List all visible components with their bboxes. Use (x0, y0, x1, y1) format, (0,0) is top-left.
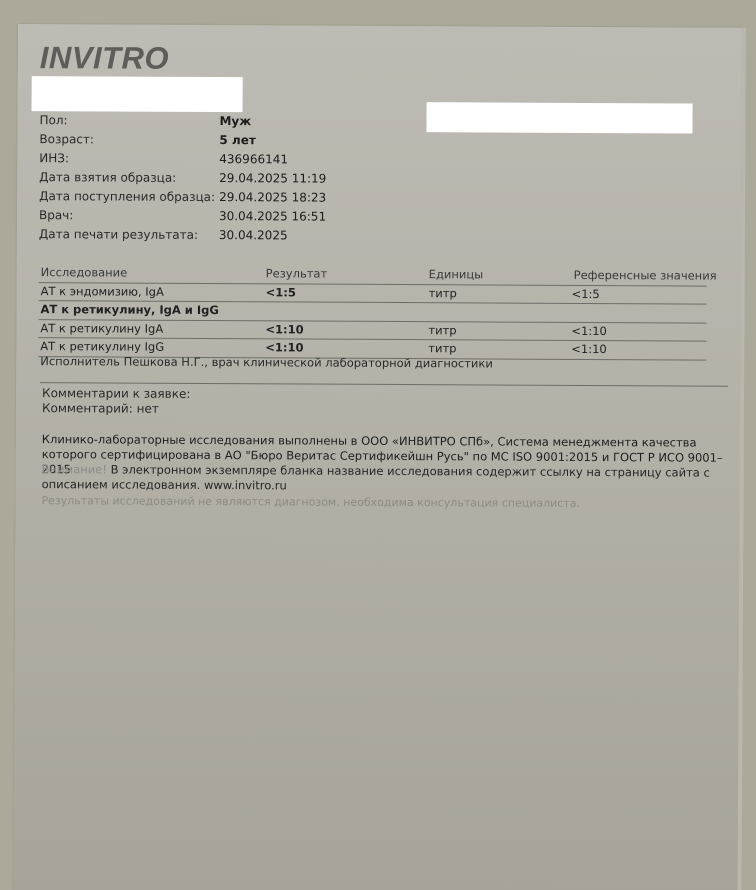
column-header-units: Единицы (429, 267, 484, 281)
info-value: Муж (219, 114, 251, 128)
info-label: Пол: (39, 113, 67, 127)
info-value: 5 лет (219, 133, 255, 147)
comments-block: Комментарии к заявке: Комментарий: нет (42, 386, 190, 417)
info-value: 436966141 (219, 152, 288, 166)
results-table: Исследование Результат Единицы Референсн… (38, 264, 706, 360)
units: титр (429, 286, 457, 300)
note-text: В электронном экземпляре бланка название… (42, 462, 710, 492)
test-name: АТ к ретикулину IgG (40, 339, 164, 354)
info-label: Дата поступления образца: (39, 189, 215, 204)
redacted-patient-name (32, 76, 243, 112)
info-value: 30.04.2025 (219, 228, 288, 242)
info-label: Дата взятия образца: (39, 170, 176, 185)
executor-line: Исполнитель Пешкова Н.Г., врач клиническ… (40, 354, 493, 370)
patient-info: Пол:МужВозраст:5 летИНЗ:436966141Дата вз… (39, 113, 40, 246)
info-label: Возраст: (39, 132, 94, 146)
test-name: АТ к эндомизию, IgA (41, 284, 164, 299)
result-value: <1:10 (265, 340, 303, 354)
column-header-reference: Референсные значения (574, 268, 717, 283)
comments-text: Комментарий: нет (42, 401, 190, 417)
result-value: <1:10 (265, 322, 303, 336)
units: титр (428, 341, 456, 355)
info-label: ИНЗ: (39, 151, 69, 165)
disclaimer: Результаты исследований не являются диаг… (41, 494, 580, 510)
reference-value: <1:10 (571, 323, 607, 337)
column-header-test: Исследование (41, 265, 128, 279)
note-warning: Внимание! (42, 462, 107, 476)
test-name: АТ к ретикулину IgA (40, 321, 163, 336)
info-label: Дата печати результата: (39, 227, 198, 242)
info-label: Врач: (39, 208, 73, 222)
invitro-logo: INVITRO (40, 40, 169, 77)
test-name: АТ к ретикулину, IgA и IgG (40, 302, 218, 317)
reference-value: <1:10 (571, 342, 607, 356)
info-value: 29.04.2025 11:19 (219, 171, 326, 186)
electronic-copy-note: Внимание! В электронном экземпляре бланк… (42, 462, 742, 496)
comments-title: Комментарии к заявке: (42, 386, 190, 402)
info-value: 30.04.2025 16:51 (219, 209, 326, 224)
info-value: 29.04.2025 18:23 (219, 190, 326, 205)
units: титр (428, 323, 456, 337)
redacted-field (426, 102, 692, 133)
lab-report-sheet: INVITRO Пол:МужВозраст:5 летИНЗ:43696614… (13, 24, 742, 890)
reference-value: <1:5 (572, 286, 600, 300)
column-header-result: Результат (266, 266, 328, 280)
result-value: <1:5 (266, 285, 296, 299)
